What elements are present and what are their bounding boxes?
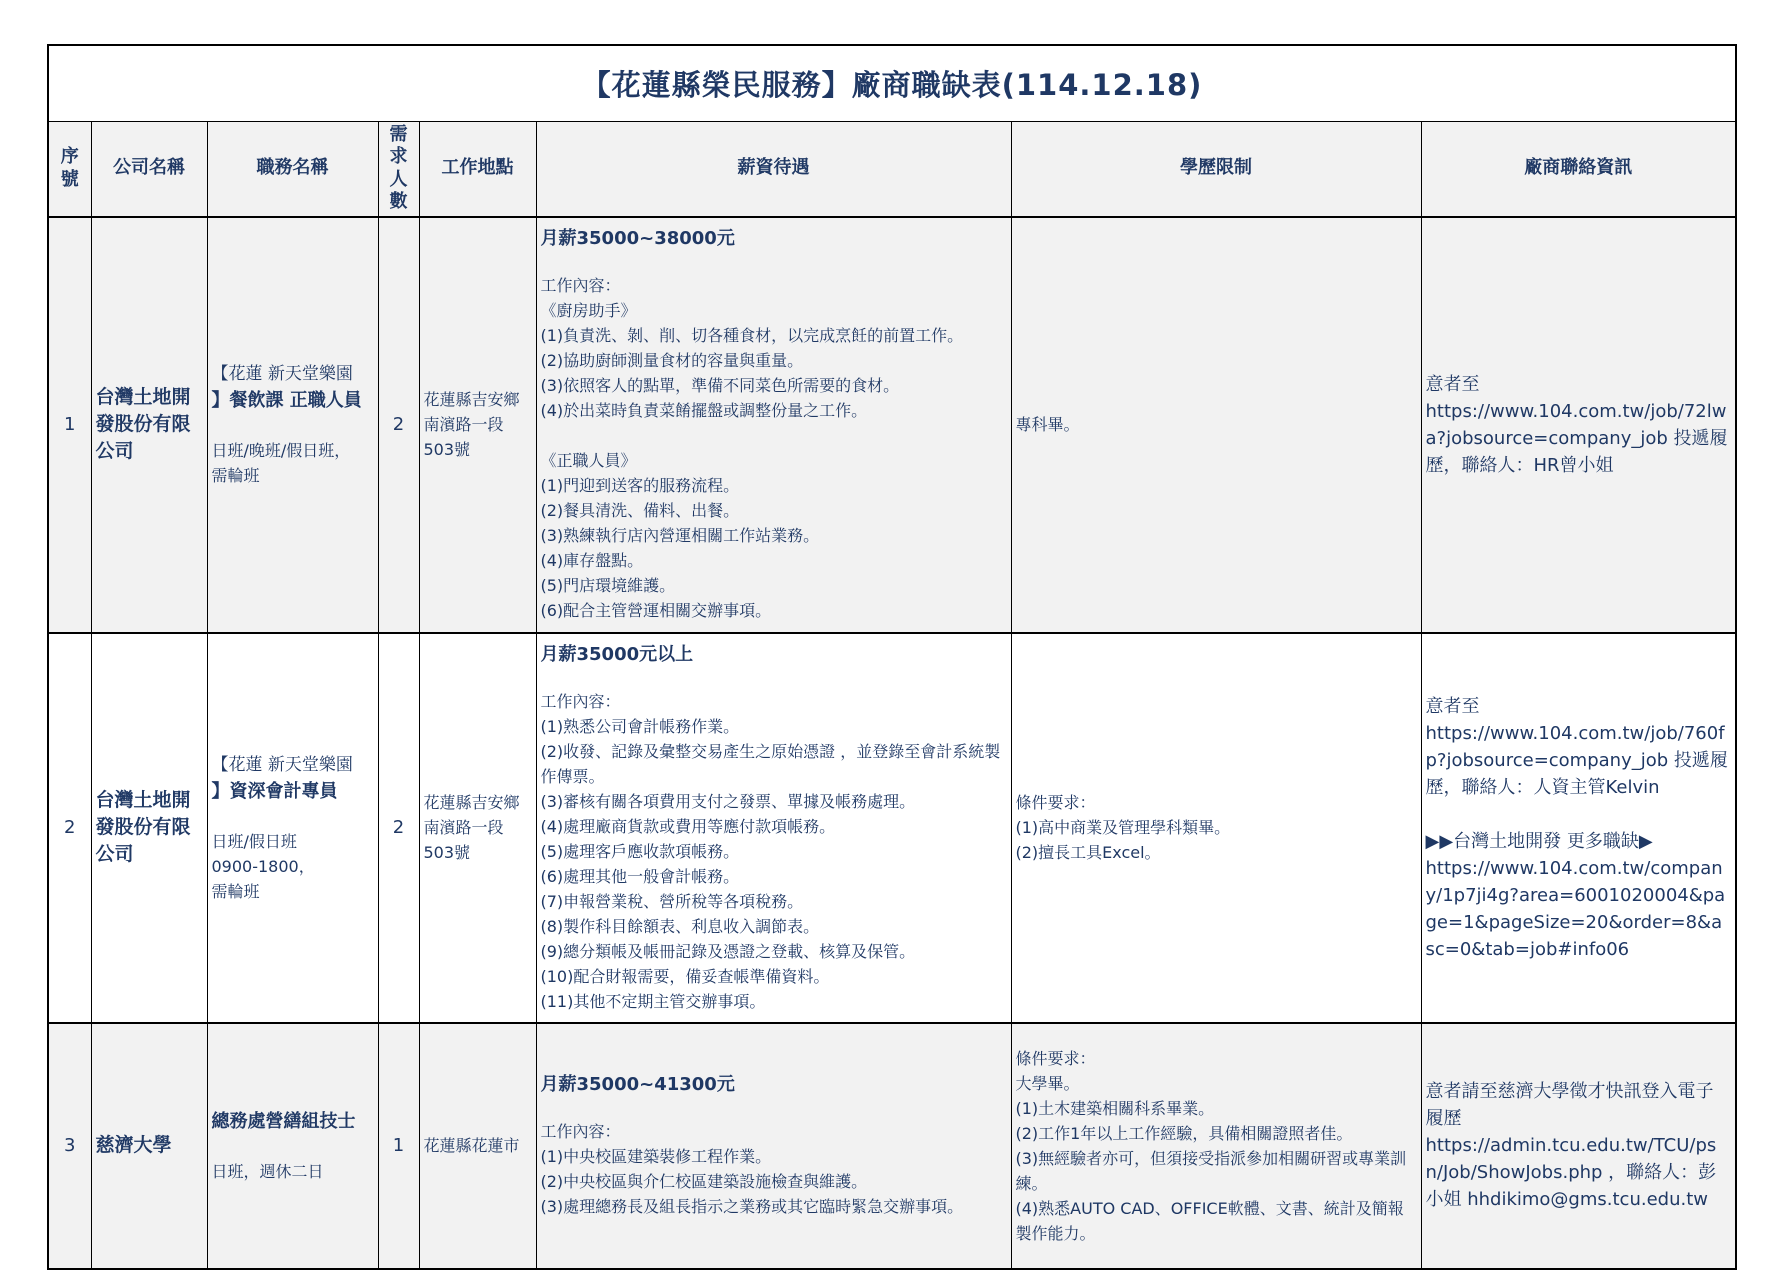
table-row: 1 台灣土地開發股份有限公司 【花蓮 新天堂樂園 】餐飲課 正職人員 日班/晚班… <box>48 217 1736 633</box>
cell-serial: 2 <box>48 633 91 1023</box>
cell-company: 慈濟大學 <box>91 1023 207 1269</box>
job-vacancy-table: 【花蓮縣榮民服務】廠商職缺表(114.12.18) 序 號 公司名稱 職務名稱 … <box>47 44 1737 1270</box>
col-header-location: 工作地點 <box>419 121 536 217</box>
cell-salary: 月薪35000~38000元 工作內容： 《廚房助手》 (1)負責洗、剝、削、切… <box>536 217 1011 633</box>
cell-job-title: 【花蓮 新天堂樂園 】資深會計專員 日班/假日班 0900-1800， 需輪班 <box>207 633 378 1023</box>
title-row: 【花蓮縣榮民服務】廠商職缺表(114.12.18) <box>48 45 1736 121</box>
cell-company: 台灣土地開發股份有限公司 <box>91 633 207 1023</box>
col-header-salary: 薪資待遇 <box>536 121 1011 217</box>
cell-headcount: 2 <box>378 217 419 633</box>
cell-location: 花蓮縣花蓮市 <box>419 1023 536 1269</box>
salary-details: 工作內容： (1)熟悉公司會計帳務作業。 (2)收發、記錄及彙整交易產生之原始憑… <box>541 689 1007 1014</box>
salary-headline: 月薪35000元以上 <box>541 642 1007 667</box>
job-title-prefix: 【花蓮 新天堂樂園 <box>212 752 374 778</box>
cell-location: 花蓮縣吉安鄉 南濱路一段 503號 <box>419 633 536 1023</box>
cell-serial: 3 <box>48 1023 91 1269</box>
cell-headcount: 1 <box>378 1023 419 1269</box>
page-title: 【花蓮縣榮民服務】廠商職缺表(114.12.18) <box>48 45 1736 121</box>
job-shift: 日班/假日班 0900-1800， 需輪班 <box>212 829 374 904</box>
cell-contact: 意者請至慈濟大學徵才快訊登入電子履歷 https://admin.tcu.edu… <box>1421 1023 1736 1269</box>
cell-headcount: 2 <box>378 633 419 1023</box>
cell-education: 專科畢。 <box>1011 217 1421 633</box>
cell-contact: 意者至 https://www.104.com.tw/job/760fp?job… <box>1421 633 1736 1023</box>
cell-serial: 1 <box>48 217 91 633</box>
cell-location: 花蓮縣吉安鄉 南濱路一段 503號 <box>419 217 536 633</box>
cell-education: 條件要求： 大學畢。 (1)土木建築相關科系畢業。 (2)工作1年以上工作經驗，… <box>1011 1023 1421 1269</box>
col-header-job-title: 職務名稱 <box>207 121 378 217</box>
col-header-education: 學歷限制 <box>1011 121 1421 217</box>
salary-details: 工作內容： 《廚房助手》 (1)負責洗、剝、削、切各種食材，以完成烹飪的前置工作… <box>541 273 1007 623</box>
cell-job-title: 【花蓮 新天堂樂園 】餐飲課 正職人員 日班/晚班/假日班， 需輪班 <box>207 217 378 633</box>
salary-headline: 月薪35000~38000元 <box>541 226 1007 251</box>
col-header-headcount: 需求 人數 <box>378 121 419 217</box>
col-header-company: 公司名稱 <box>91 121 207 217</box>
cell-salary: 月薪35000~41300元 工作內容： (1)中央校區建築裝修工程作業。 (2… <box>536 1023 1011 1269</box>
table-row: 2 台灣土地開發股份有限公司 【花蓮 新天堂樂園 】資深會計專員 日班/假日班 … <box>48 633 1736 1023</box>
col-header-contact: 廠商聯絡資訊 <box>1421 121 1736 217</box>
table-row: 3 慈濟大學 總務處營繕組技士 日班，週休二日 1 花蓮縣花蓮市 月薪35000… <box>48 1023 1736 1269</box>
salary-details: 工作內容： (1)中央校區建築裝修工程作業。 (2)中央校區與介仁校區建築設施檢… <box>541 1119 1007 1219</box>
cell-job-title: 總務處營繕組技士 日班，週休二日 <box>207 1023 378 1269</box>
job-title-main: 總務處營繕組技士 <box>212 1108 374 1135</box>
cell-contact: 意者至 https://www.104.com.tw/job/72lwa?job… <box>1421 217 1736 633</box>
job-title-main: 】資深會計專員 <box>212 778 374 805</box>
column-header-row: 序 號 公司名稱 職務名稱 需求 人數 工作地點 薪資待遇 學歷限制 廠商聯絡資… <box>48 121 1736 217</box>
cell-company: 台灣土地開發股份有限公司 <box>91 217 207 633</box>
job-title-main: 】餐飲課 正職人員 <box>212 387 374 414</box>
job-title-prefix: 【花蓮 新天堂樂園 <box>212 361 374 387</box>
col-header-serial: 序 號 <box>48 121 91 217</box>
salary-headline: 月薪35000~41300元 <box>541 1072 1007 1097</box>
cell-education: 條件要求： (1)高中商業及管理學科類畢。 (2)擅長工具Excel。 <box>1011 633 1421 1023</box>
document-page: 【花蓮縣榮民服務】廠商職缺表(114.12.18) 序 號 公司名稱 職務名稱 … <box>0 0 1782 1284</box>
job-shift: 日班，週休二日 <box>212 1159 374 1184</box>
cell-salary: 月薪35000元以上 工作內容： (1)熟悉公司會計帳務作業。 (2)收發、記錄… <box>536 633 1011 1023</box>
job-shift: 日班/晚班/假日班， 需輪班 <box>212 438 374 488</box>
